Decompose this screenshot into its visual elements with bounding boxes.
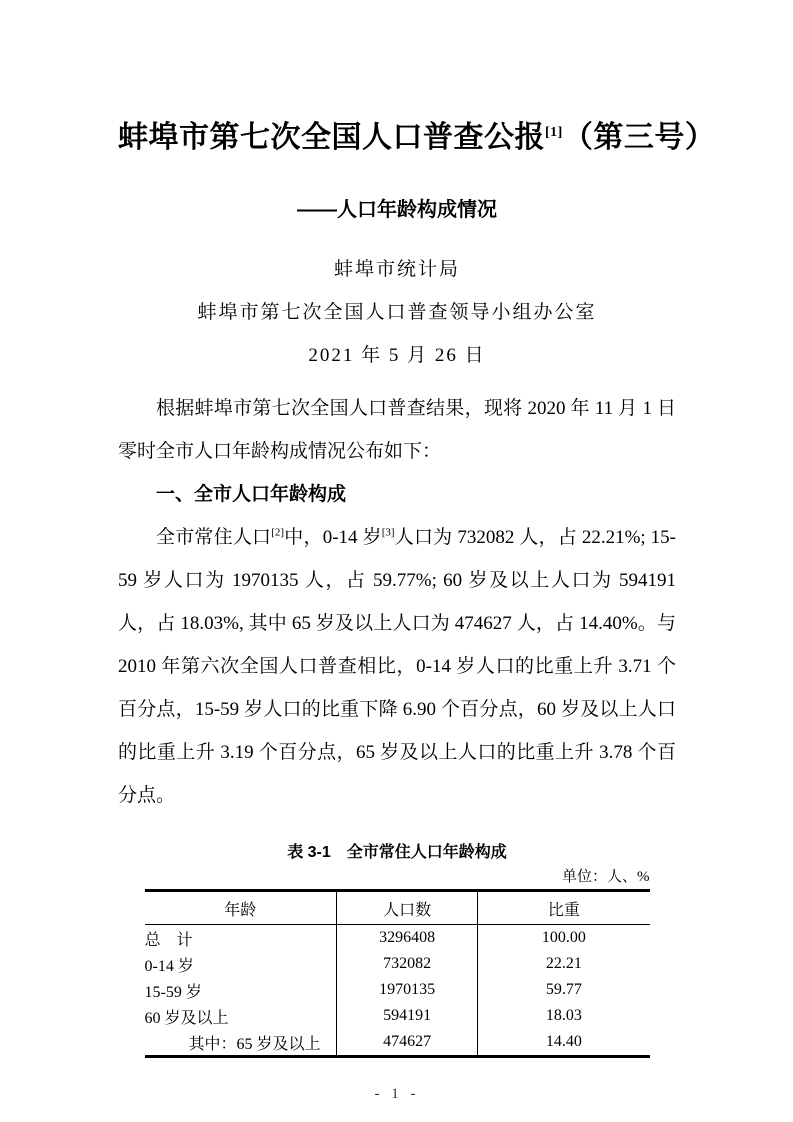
cell-share: 14.40 bbox=[478, 1029, 650, 1057]
main-paragraph: 全市常住人口[2]中，0-14 岁[3]人口为 732082 人，占 22.21… bbox=[118, 516, 676, 817]
title-paren-text: （第三号） bbox=[563, 121, 716, 154]
document-subtitle: ——人口年龄构成情况 bbox=[118, 196, 676, 224]
cell-share: 22.21 bbox=[478, 951, 650, 977]
paragraph-segment: 人口为 732082 人，占 22.21%; 15-59 岁人口为 197013… bbox=[118, 527, 676, 806]
cell-population: 3296408 bbox=[336, 925, 477, 952]
table-row-60-plus: 60 岁及以上 594191 18.03 bbox=[145, 1003, 650, 1029]
page-number: - 1 - bbox=[118, 1086, 676, 1103]
cell-share: 59.77 bbox=[478, 977, 650, 1003]
table-row-15-59: 15-59 岁 1970135 59.77 bbox=[145, 977, 650, 1003]
table-header-row: 年龄 人口数 比重 bbox=[145, 891, 650, 925]
cell-population: 594191 bbox=[336, 1003, 477, 1029]
header-cell-share: 比重 bbox=[478, 891, 650, 925]
paragraph-segment: 中，0-14 岁 bbox=[284, 527, 382, 548]
title-main-text: 蚌埠市第七次全国人口普查公报 bbox=[118, 121, 545, 154]
age-composition-table: 年龄 人口数 比重 总 计 3296408 100.00 0-14 岁 7320… bbox=[145, 889, 650, 1058]
byline-block: 蚌埠市统计局 蚌埠市第七次全国人口普查领导小组办公室 2021 年 5 月 26… bbox=[118, 248, 676, 377]
cell-share: 100.00 bbox=[478, 925, 650, 952]
cell-population: 1970135 bbox=[336, 977, 477, 1003]
cell-age: 总 计 bbox=[145, 925, 337, 952]
table-row-total: 总 计 3296408 100.00 bbox=[145, 925, 650, 952]
cell-share: 18.03 bbox=[478, 1003, 650, 1029]
cell-age: 15-59 岁 bbox=[145, 977, 337, 1003]
footnote-ref-3: [3] bbox=[382, 527, 395, 539]
intro-paragraph: 根据蚌埠市第七次全国人口普查结果，现将 2020 年 11 月 1 日零时全市人… bbox=[118, 387, 676, 473]
paragraph-segment: 全市常住人口 bbox=[156, 527, 271, 548]
footnote-ref-2: [2] bbox=[271, 527, 284, 539]
section-one-heading: 一、全市人口年龄构成 bbox=[118, 473, 676, 516]
document-page: 蚌埠市第七次全国人口普查公报[1]（第三号） ——人口年龄构成情况 蚌埠市统计局… bbox=[0, 0, 793, 1122]
table-unit-note: 单位：人、% bbox=[145, 867, 650, 887]
cell-age: 60 岁及以上 bbox=[145, 1003, 337, 1029]
cell-population: 732082 bbox=[336, 951, 477, 977]
document-title: 蚌埠市第七次全国人口普查公报[1]（第三号） bbox=[118, 118, 676, 158]
cell-population: 474627 bbox=[336, 1029, 477, 1057]
byline-date: 2021 年 5 月 26 日 bbox=[118, 334, 676, 377]
cell-age: 其中：65 岁及以上 bbox=[145, 1029, 337, 1057]
title-footnote-ref: [1] bbox=[545, 125, 563, 140]
table-caption: 表 3-1 全市常住人口年龄构成 bbox=[118, 843, 676, 863]
header-cell-age: 年龄 bbox=[145, 891, 337, 925]
table-row-65-plus: 其中：65 岁及以上 474627 14.40 bbox=[145, 1029, 650, 1057]
header-cell-population: 人口数 bbox=[336, 891, 477, 925]
byline-agency: 蚌埠市统计局 bbox=[118, 248, 676, 291]
table-row-0-14: 0-14 岁 732082 22.21 bbox=[145, 951, 650, 977]
cell-age: 0-14 岁 bbox=[145, 951, 337, 977]
byline-office: 蚌埠市第七次全国人口普查领导小组办公室 bbox=[118, 291, 676, 334]
